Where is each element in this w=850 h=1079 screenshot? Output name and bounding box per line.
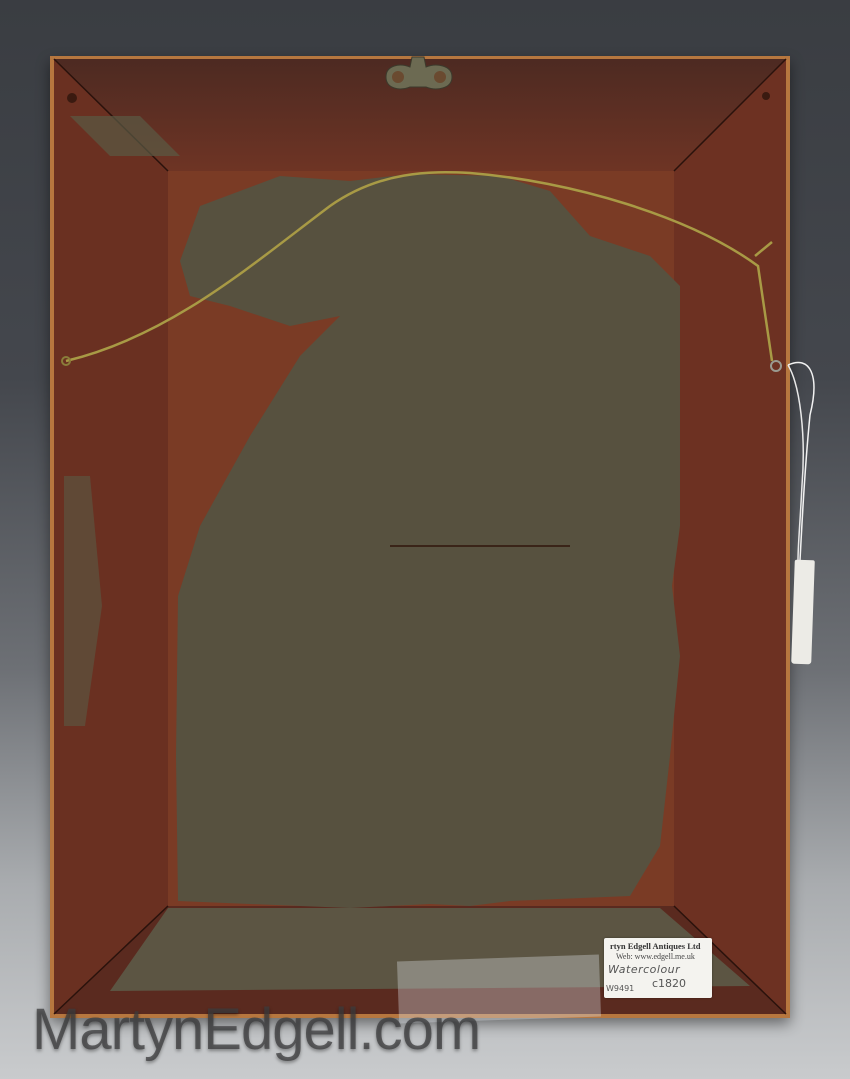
string-loop bbox=[780, 355, 830, 565]
dealer-label: rtyn Edgell Antiques Ltd Web: www.edgell… bbox=[604, 938, 712, 998]
picture-frame-back bbox=[50, 56, 790, 1018]
label-stock-number: W9491 bbox=[606, 984, 634, 993]
watermark: MartynEdgell.com bbox=[32, 996, 480, 1063]
label-dealer-name: rtyn Edgell Antiques Ltd bbox=[610, 941, 700, 951]
brass-hanger-plate bbox=[378, 55, 458, 97]
label-handwritten-title: Watercolour bbox=[608, 963, 680, 976]
frame-illustration bbox=[50, 56, 790, 1018]
label-website: Web: www.edgell.me.uk bbox=[616, 952, 695, 961]
price-tag bbox=[791, 560, 815, 665]
label-handwritten-date: c1820 bbox=[652, 977, 686, 990]
